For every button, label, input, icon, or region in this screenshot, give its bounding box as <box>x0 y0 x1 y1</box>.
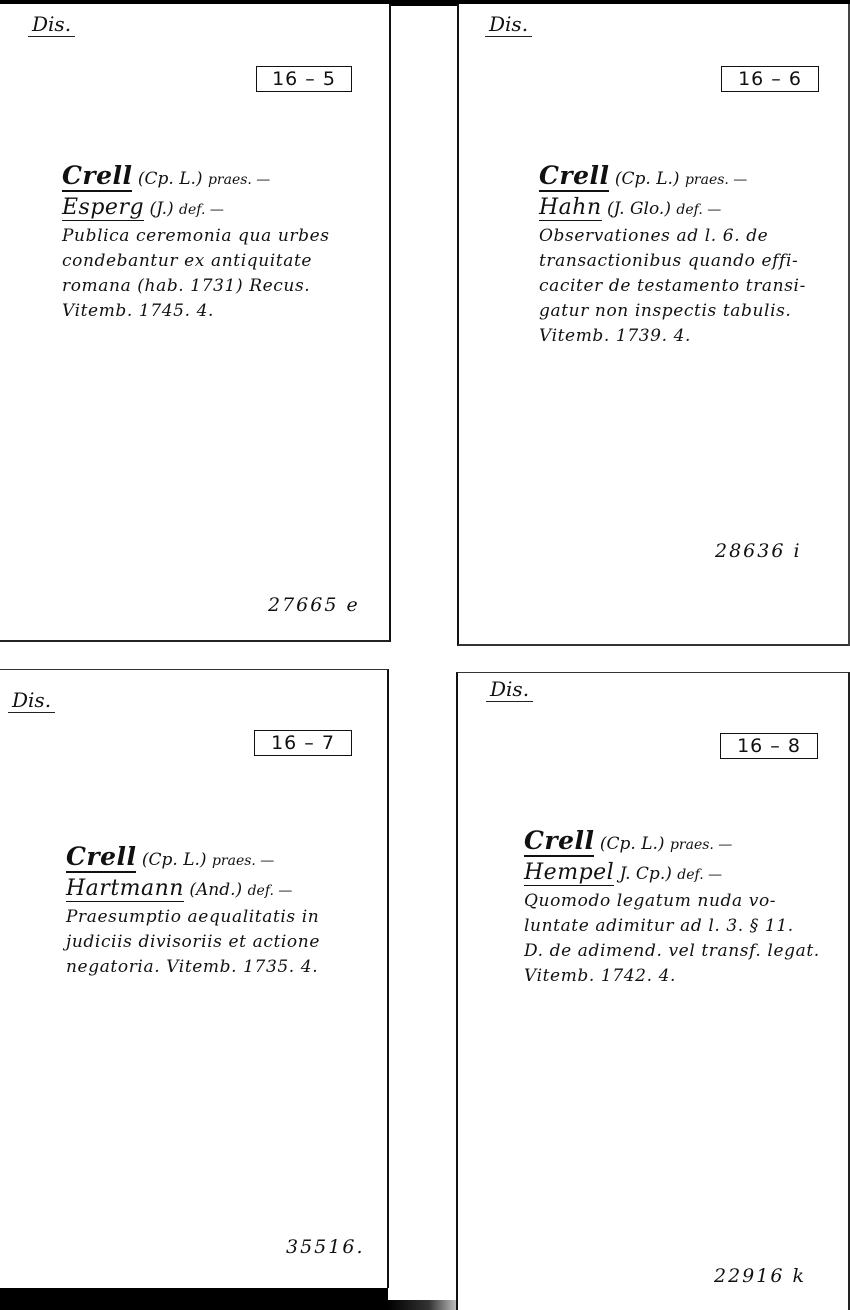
defendant-name: Esperg <box>62 195 144 221</box>
category-label: Dis. <box>485 14 532 37</box>
defendant-line: Hempel J. Cp.) def. — <box>524 859 820 889</box>
defendant-initials: J. Cp.) <box>620 864 672 884</box>
title-line: condebantur ex antiquitate <box>62 249 330 274</box>
category-label: Dis. <box>28 14 75 37</box>
title-line: Praesumptio aequalitatis in <box>66 905 320 930</box>
defendant-initials: (And.) <box>189 880 242 900</box>
catalog-entry: Crell (Cp. L.) praes. — Hartmann (And.) … <box>66 843 320 980</box>
praeses-initials: (Cp. L.) <box>142 850 207 870</box>
praeses-role: praes. — <box>212 853 274 869</box>
accession-number: 22916 k <box>714 1265 806 1287</box>
praeses-initials: (Cp. L.) <box>600 834 665 854</box>
praeses-line: Crell (Cp. L.) praes. — <box>524 827 820 859</box>
scan-bottom-shadow <box>388 1300 456 1310</box>
title-line: gatur non inspectis tabulis. <box>539 299 806 324</box>
defendant-line: Hahn (J. Glo.) def. — <box>539 194 806 224</box>
catalog-entry: Crell (Cp. L.) praes. — Hahn (J. Glo.) d… <box>539 162 806 349</box>
praeses-initials: (Cp. L.) <box>138 169 203 189</box>
defendant-name: Hartmann <box>66 876 184 902</box>
praeses-name: Crell <box>539 161 609 192</box>
title-line: romana (hab. 1731) Recus. <box>62 274 330 299</box>
title-line: judiciis divisoriis et actione <box>66 930 320 955</box>
catalog-card-16-8: Dis. 16 – 8 Crell (Cp. L.) praes. — Hemp… <box>456 672 850 1310</box>
praeses-line: Crell (Cp. L.) praes. — <box>66 843 320 875</box>
category-label: Dis. <box>8 690 55 713</box>
praeses-initials: (Cp. L.) <box>615 169 680 189</box>
catalog-entry: Crell (Cp. L.) praes. — Hempel J. Cp.) d… <box>524 827 820 989</box>
title-line: Vitemb. 1742. 4. <box>524 964 820 989</box>
praeses-line: Crell (Cp. L.) praes. — <box>62 162 330 194</box>
title-line: Publica ceremonia qua urbes <box>62 224 330 249</box>
call-number-box: 16 – 5 <box>256 66 352 92</box>
catalog-card-16-6: Dis. 16 – 6 Crell (Cp. L.) praes. — Hahn… <box>457 4 850 646</box>
title-line: D. de adimend. vel transf. legat. <box>524 939 820 964</box>
defendant-role: def. — <box>179 202 224 218</box>
title-line: caciter de testamento transi- <box>539 274 806 299</box>
praeses-name: Crell <box>66 842 136 873</box>
call-number-box: 16 – 7 <box>254 730 352 756</box>
category-label: Dis. <box>486 679 533 702</box>
defendant-role: def. — <box>676 202 721 218</box>
defendant-line: Hartmann (And.) def. — <box>66 875 320 905</box>
call-number-box: 16 – 6 <box>721 66 819 92</box>
accession-number: 35516. <box>286 1236 364 1258</box>
call-number-box: 16 – 8 <box>720 733 818 759</box>
defendant-role: def. — <box>677 867 722 883</box>
defendant-name: Hempel <box>524 860 614 886</box>
title-line: Observationes ad l. 6. de <box>539 224 806 249</box>
catalog-entry: Crell (Cp. L.) praes. — Esperg (J.) def.… <box>62 162 330 324</box>
accession-number: 28636 i <box>715 540 802 562</box>
praeses-role: praes. — <box>670 837 732 853</box>
catalog-card-16-7: Dis. 16 – 7 Crell (Cp. L.) praes. — Hart… <box>0 669 389 1288</box>
accession-number: 27665 e <box>268 594 360 616</box>
title-line: luntate adimitur ad l. 3. § 11. <box>524 914 820 939</box>
catalog-card-16-5: Dis. 16 – 5 Crell (Cp. L.) praes. — Espe… <box>0 4 391 642</box>
defendant-role: def. — <box>248 883 293 899</box>
defendant-initials: (J. Glo.) <box>607 199 671 219</box>
title-line: Vitemb. 1739. 4. <box>539 324 806 349</box>
title-line: Vitemb. 1745. 4. <box>62 299 330 324</box>
title-line: Quomodo legatum nuda vo- <box>524 889 820 914</box>
defendant-line: Esperg (J.) def. — <box>62 194 330 224</box>
praeses-line: Crell (Cp. L.) praes. — <box>539 162 806 194</box>
title-line: negatoria. Vitemb. 1735. 4. <box>66 955 320 980</box>
scan-bottom-edge <box>0 1288 388 1310</box>
defendant-name: Hahn <box>539 195 602 221</box>
praeses-name: Crell <box>524 826 594 857</box>
praeses-role: praes. — <box>685 172 747 188</box>
title-line: transactionibus quando effi- <box>539 249 806 274</box>
defendant-initials: (J.) <box>149 199 173 219</box>
praeses-name: Crell <box>62 161 132 192</box>
praeses-role: praes. — <box>208 172 270 188</box>
